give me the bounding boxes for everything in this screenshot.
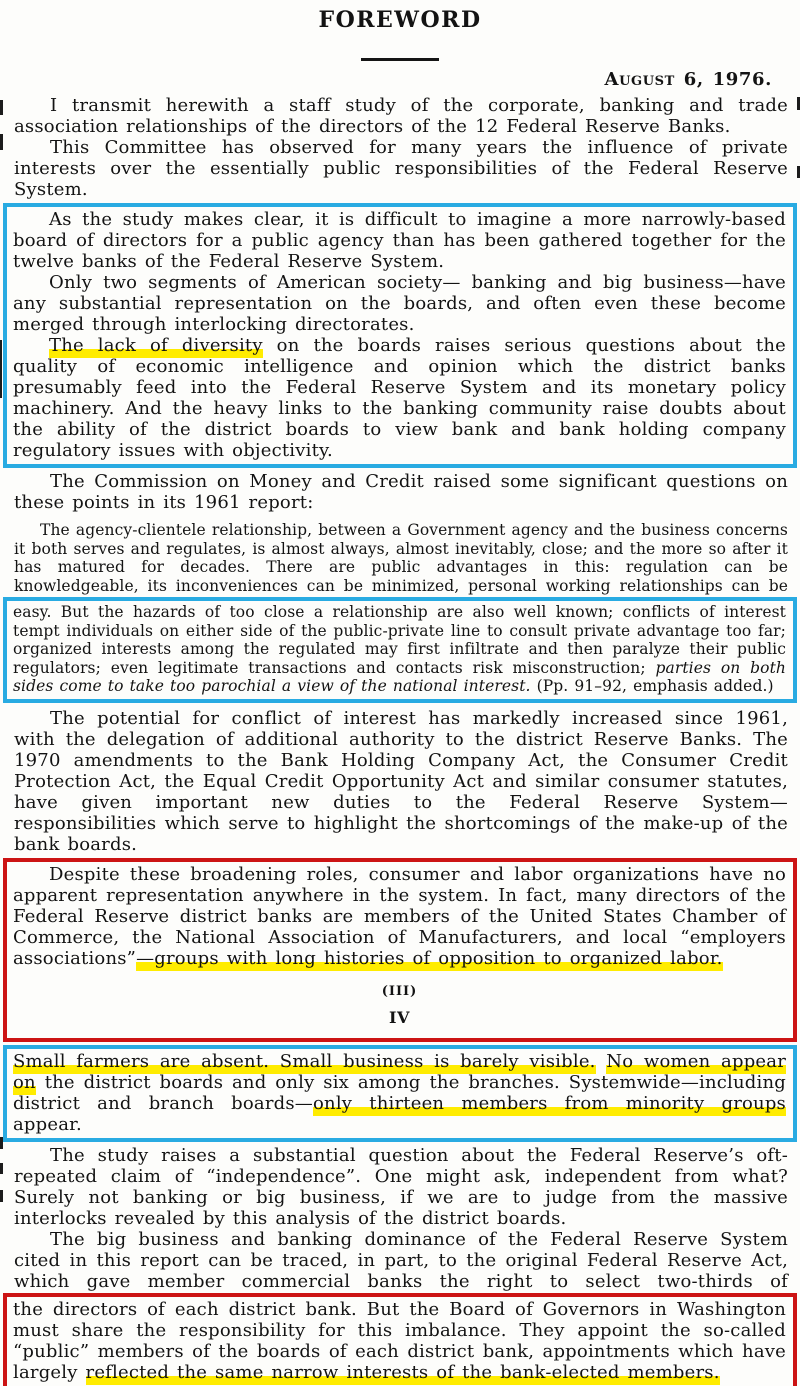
paragraph-potential-conflict: The potential for conflict of interest h… — [14, 708, 788, 855]
scan-artifact — [0, 134, 3, 150]
highlight-opposition-organized-labor: —groups with long histories of oppositio… — [136, 948, 723, 971]
paragraph-committee-observed: This Committee has observed for many yea… — [14, 137, 788, 200]
blockquote-part-2: easy. But the hazards of too close a rel… — [13, 603, 786, 696]
scan-artifact — [0, 1190, 3, 1202]
paragraph-dominance-traced: The big business and banking dominance o… — [14, 1229, 788, 1292]
page-title: FOREWORD — [0, 8, 800, 32]
scan-artifact — [0, 100, 3, 115]
annotation-box-blue-3: Small farmers are absent. Small business… — [3, 1045, 797, 1142]
document-page: FOREWORD August 6, 1976. I transmit here… — [0, 0, 800, 1386]
paragraph-lack-of-diversity: The lack of diversity on the boards rais… — [13, 335, 786, 461]
highlight-small-farmers: Small farmers are absent. Small business… — [13, 1051, 596, 1074]
paragraph-transmittal: I transmit herewith a staff study of the… — [14, 95, 788, 137]
blockquote-citation: (Pp. 91–92, emphasis added.) — [531, 677, 774, 695]
annotation-box-red-1: Despite these broadening roles, consumer… — [3, 858, 797, 1042]
highlight-lack-of-diversity: The lack of diversity — [49, 335, 263, 358]
paragraph-study-makes-clear: As the study makes clear, it is difficul… — [13, 209, 786, 272]
paragraph-commission-money-credit: The Commission on Money and Credit raise… — [14, 471, 788, 513]
title-rule — [361, 58, 439, 61]
paragraph-independence-claim: The study raises a substantial question … — [14, 1145, 788, 1229]
paragraph-small-farmers-end: appear. — [13, 1114, 82, 1135]
annotation-box-blue-1: As the study makes clear, it is difficul… — [3, 203, 797, 468]
paragraph-small-farmers-gap — [596, 1051, 607, 1072]
paragraph-two-segments: Only two segments of American society— b… — [13, 272, 786, 335]
page-number-iv: IV — [13, 1009, 786, 1027]
highlight-narrow-interests: reflected the same narrow interests of t… — [86, 1362, 720, 1385]
date-line: August 6, 1976. — [0, 69, 800, 91]
page-number-iii: (III) — [13, 984, 786, 999]
annotation-box-red-2: the directors of each district bank. But… — [3, 1293, 797, 1386]
paragraph-despite-broadening: Despite these broadening roles, consumer… — [13, 864, 786, 969]
highlight-thirteen-minority: only thirteen members from minority grou… — [313, 1093, 786, 1116]
paragraph-board-of-governors: the directors of each district bank. But… — [13, 1299, 786, 1383]
scan-artifact — [0, 1163, 3, 1174]
paragraph-small-farmers: Small farmers are absent. Small business… — [13, 1051, 786, 1135]
scan-artifact — [0, 1137, 3, 1149]
scan-artifact — [0, 340, 2, 398]
blockquote-part-1: The agency-clientele relationship, betwe… — [14, 521, 788, 595]
annotation-box-blue-2: easy. But the hazards of too close a rel… — [3, 597, 797, 703]
